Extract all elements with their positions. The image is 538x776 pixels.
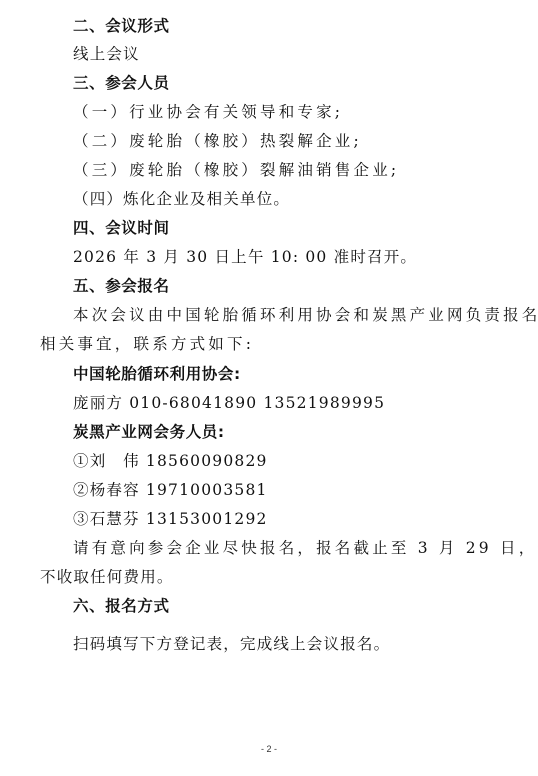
attendee-item: （一）行业协会有关领导和专家; (73, 102, 343, 122)
section-heading-format: 二、会议形式 (73, 16, 170, 36)
section-heading-registration: 五、参会报名 (73, 276, 170, 296)
section-heading-method: 六、报名方式 (73, 596, 170, 616)
staff-contact: ①刘 伟 18560090829 (73, 451, 268, 471)
meeting-time: 2026 年 3 月 30 日上午 10: 00 准时召开。 (73, 247, 417, 267)
attendee-item: （二）废轮胎（橡胶）热裂解企业; (73, 131, 362, 151)
org-name-tire-association: 中国轮胎循环利用协会: (73, 364, 241, 384)
registration-note-line1: 请有意向参会企业尽快报名，报名截止至 3 月 29 日，会议 (73, 538, 538, 558)
registration-method: 扫码填写下方登记表，完成线上会议报名。 (73, 634, 390, 654)
staff-contact: ③石慧芬 13153001292 (73, 509, 268, 529)
section-heading-time: 四、会议时间 (73, 218, 170, 238)
org-name-carbon-black-network: 炭黑产业网会务人员: (73, 422, 225, 442)
registration-intro-line2: 相关事宜，联系方式如下: (40, 334, 254, 354)
attendee-item: （三）废轮胎（橡胶）裂解油销售企业; (73, 160, 399, 180)
org-contact: 庞丽方 010-68041890 13521989995 (73, 393, 385, 413)
registration-intro-line1: 本次会议由中国轮胎循环利用协会和炭黑产业网负责报名 (73, 305, 538, 325)
section-heading-attendees: 三、参会人员 (73, 73, 170, 93)
attendee-item: （四）炼化企业及相关单位。 (73, 189, 290, 209)
staff-contact: ②杨春容 19710003581 (73, 480, 268, 500)
meeting-format: 线上会议 (73, 44, 140, 64)
page-number: - 2 - (0, 744, 538, 754)
registration-note-line2: 不收取任何费用。 (40, 567, 174, 587)
